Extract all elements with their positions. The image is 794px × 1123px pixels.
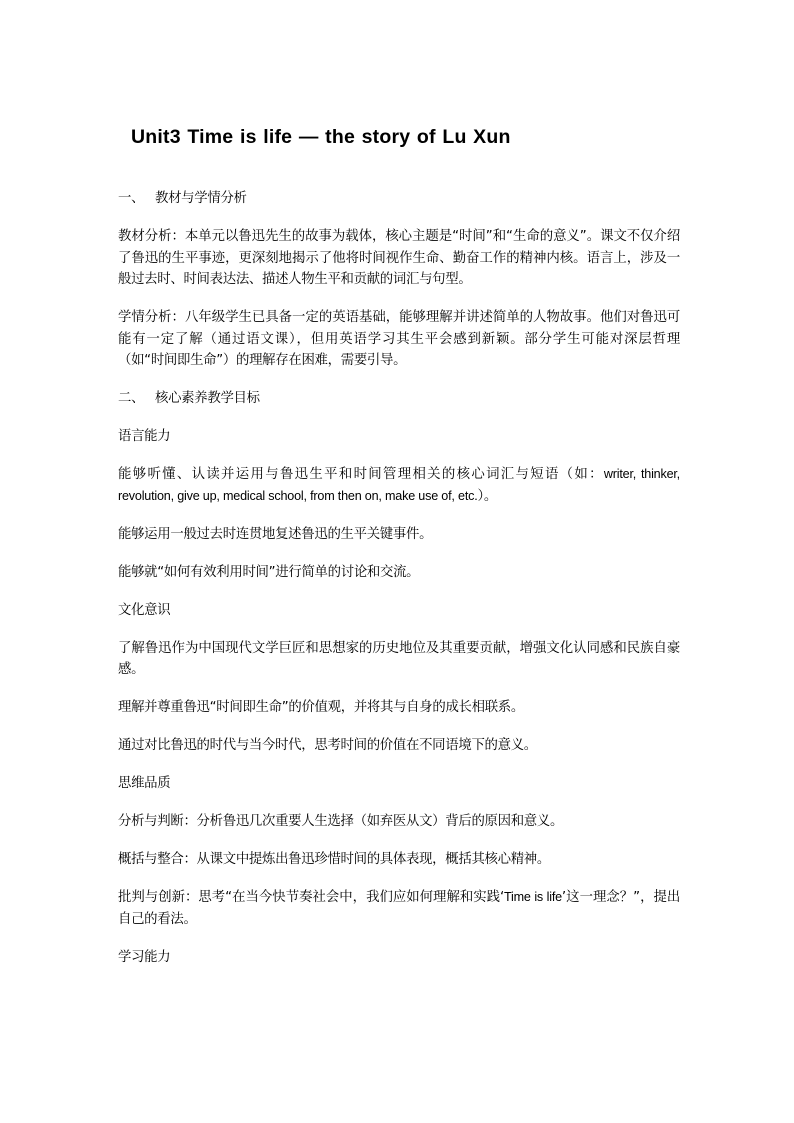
section-heading-2: 二、核心素养教学目标 <box>118 388 680 410</box>
objective-item: 能够运用一般过去时连贯地复述鲁迅的生平关键事件。 <box>118 524 680 546</box>
objective-item: 分析与判断：分析鲁迅几次重要人生选择（如弃医从文）背后的原因和意义。 <box>118 811 680 833</box>
objective-item: 能够听懂、认读并运用与鲁迅生平和时间管理相关的核心词汇与短语（如：writer,… <box>118 464 680 507</box>
section-title: 教材与学情分析 <box>155 191 247 206</box>
section-number: 二、 <box>118 388 155 410</box>
section-heading-1: 一、教材与学情分析 <box>118 188 680 210</box>
section-title: 核心素养教学目标 <box>155 391 260 406</box>
subsection-heading-thinking: 思维品质 <box>118 773 680 795</box>
objective-item: 理解并尊重鲁迅“时间即生命”的价值观，并将其与自身的成长相联系。 <box>118 697 680 719</box>
document-body: 一、教材与学情分析 教材分析：本单元以鲁迅先生的故事为载体，核心主题是“时间”和… <box>118 188 680 985</box>
objective-item: 通过对比鲁迅的时代与当今时代，思考时间的价值在不同语境下的意义。 <box>118 735 680 757</box>
document-page: Unit3 Time is life — the story of Lu Xun… <box>0 0 794 1123</box>
objective-item: 概括与整合：从课文中提炼出鲁迅珍惜时间的具体表现，概括其核心精神。 <box>118 849 680 871</box>
objective-text-zh: 能够听懂、认读并运用与鲁迅生平和时间管理相关的核心词汇与短语（如： <box>118 467 604 482</box>
objective-item: 能够就“如何有效利用时间”进行简单的讨论和交流。 <box>118 562 680 584</box>
objective-item: 了解鲁迅作为中国现代文学巨匠和思想家的历史地位及其重要贡献，增强文化认同感和民族… <box>118 638 680 681</box>
subsection-heading-learning: 学习能力 <box>118 947 680 969</box>
document-title: Unit3 Time is life — the story of Lu Xun <box>131 126 511 149</box>
section-number: 一、 <box>118 188 155 210</box>
paragraph-textbook-analysis: 教材分析：本单元以鲁迅先生的故事为载体，核心主题是“时间”和“生命的意义”。课文… <box>118 226 680 291</box>
objective-quote-en: Time is life <box>504 890 562 904</box>
objective-item: 批判与创新：思考“在当今快节奏社会中，我们应如何理解和实践‘Time is li… <box>118 887 680 930</box>
objective-text-zh: 批判与创新：思考“在当今快节奏社会中，我们应如何理解和实践‘ <box>118 890 504 905</box>
objective-text-end: ）。 <box>478 489 497 504</box>
subsection-heading-culture: 文化意识 <box>118 600 680 622</box>
subsection-heading-language: 语言能力 <box>118 426 680 448</box>
paragraph-student-analysis: 学情分析：八年级学生已具备一定的英语基础，能够理解并讲述简单的人物故事。他们对鲁… <box>118 307 680 372</box>
